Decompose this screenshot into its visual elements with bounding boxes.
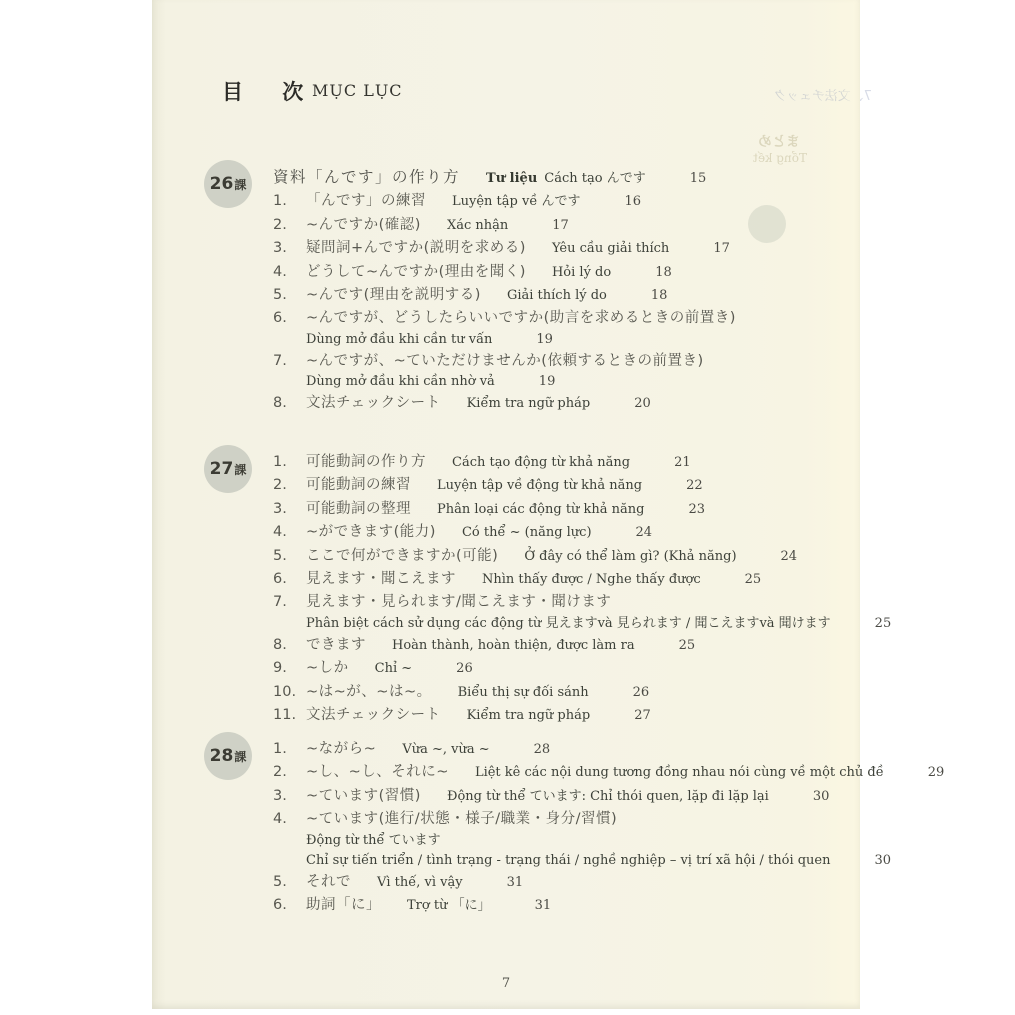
item-page-number: 19	[536, 330, 553, 350]
toc-item: 3.~ています(習慣)Động từ thể ています: Chỉ thói qu…	[273, 785, 860, 808]
toc-item: 6.助詞「に」Trợ từ 「に」31	[273, 894, 860, 917]
toc-item: 5.~んです(理由を説明する)Giải thích lý do18	[273, 284, 860, 307]
lesson-suffix: 課	[234, 461, 246, 478]
item-title-vietnamese: Phân loại các động từ khả năng	[437, 499, 645, 521]
item-page-number: 15	[690, 168, 707, 190]
item-page-number: 31	[507, 872, 524, 894]
scanned-book-page: 目 次 MỤC LỤC 7、文法チェック まとめ Tổng kết 26 課 資…	[152, 0, 860, 1009]
screenshot-root: { "header": { "title_jp": "目 次", "title_…	[0, 0, 1015, 1015]
item-number: 4.	[273, 261, 306, 283]
lesson-badge: 28 課	[204, 732, 252, 780]
item-number: 5.	[273, 545, 306, 567]
item-page-number: 23	[689, 499, 706, 521]
toc-item: 7.見えます・見られます/聞こえます・聞けます	[273, 591, 860, 613]
toc-item: 2.可能動詞の練習Luyện tập về động từ khả năng22	[273, 474, 860, 497]
toc-item: 資料「んです」の作り方Tư liệuCách tạo んです15	[273, 166, 860, 190]
item-number: 6.	[273, 307, 306, 329]
item-page-number: 17	[552, 215, 569, 237]
item-title-vietnamese: Trợ từ 「に」	[407, 895, 491, 917]
item-title-vietnamese: Kiểm tra ngữ pháp	[467, 705, 591, 727]
subline-vietnamese: Động từ thể ています	[306, 831, 441, 851]
item-page-number: 22	[686, 475, 703, 497]
item-number: 4.	[273, 521, 306, 543]
item-title-vietnamese: Luyện tập về động từ khả năng	[437, 475, 642, 497]
item-title-vietnamese: Giải thích lý do	[507, 285, 607, 307]
item-number: 1.	[273, 451, 306, 473]
item-title-vietnamese: Cách tạo んです	[544, 168, 645, 190]
item-page-number: 30	[813, 786, 830, 808]
item-title-vietnamese: Cách tạo động từ khả năng	[452, 452, 630, 474]
toc-item: 1.~ながら~Vừa ~, vừa ~28	[273, 738, 860, 761]
item-title-japanese: 可能動詞の作り方	[306, 451, 426, 473]
item-number: 10.	[273, 681, 306, 703]
page-title-japanese: 目 次	[222, 76, 319, 106]
bleed-through-text: まとめ	[740, 131, 800, 151]
toc-item: 3.可能動詞の整理Phân loại các động từ khả năng2…	[273, 498, 860, 521]
item-title-japanese: ~んですか(確認)	[306, 214, 421, 236]
item-page-number: 25	[745, 569, 762, 591]
item-title-japanese: ~んですが、どうしたらいいですか(助言を求めるときの前置き)	[306, 307, 736, 329]
item-title-japanese: ~ながら~	[306, 738, 376, 760]
item-number: 7.	[273, 591, 306, 613]
item-title-vietnamese: Ở đây có thể làm gì? (Khả năng)	[524, 546, 736, 568]
toc-item-subline: Phân biệt cách sử dụng các động từ 見えますv…	[273, 614, 860, 634]
item-title-japanese: 文法チェックシート	[306, 704, 441, 726]
item-title-japanese: ~しか	[306, 657, 349, 679]
item-number: 3.	[273, 237, 306, 259]
subline-vietnamese: Dùng mở đầu khi cần tư vấn	[306, 330, 492, 350]
toc-item: 8.文法チェックシートKiểm tra ngữ pháp20	[273, 392, 860, 415]
item-title-japanese: 資料「んです」の作り方	[273, 166, 460, 188]
lesson-27-section: 27 課 1.可能動詞の作り方Cách tạo động từ khả năng…	[152, 445, 860, 727]
item-page-number: 18	[655, 262, 672, 284]
lesson-number: 28	[210, 746, 234, 766]
item-title-japanese: ここで何ができますか(可能)	[306, 545, 498, 567]
item-page-number: 28	[534, 739, 551, 761]
toc-item: 1.「んです」の練習Luyện tập về んです16	[273, 190, 860, 213]
item-page-number: 30	[875, 851, 892, 871]
item-title-vietnamese: Có thể ~ (năng lực)	[462, 522, 592, 544]
toc-item: 5.ここで何ができますか(可能)Ở đây có thể làm gì? (Kh…	[273, 545, 860, 568]
lesson-number: 27	[210, 459, 234, 479]
toc-item: 4.どうして~んですか(理由を聞く)Hỏi lý do18	[273, 261, 860, 284]
item-number: 9.	[273, 657, 306, 679]
item-title-japanese: それで	[306, 871, 351, 893]
toc-item: 2.~し、~し、それに~Liệt kê các nội dung tương đ…	[273, 761, 860, 784]
item-title-vietnamese: Kiểm tra ngữ pháp	[467, 393, 591, 415]
item-number: 2.	[273, 214, 306, 236]
item-page-number: 29	[928, 762, 945, 784]
item-page-number: 21	[674, 452, 691, 474]
item-page-number: 16	[624, 191, 641, 213]
toc-item: 6.見えます・聞こえますNhìn thấy được / Nghe thấy đ…	[273, 568, 860, 591]
toc-item: 10.~は~が、~は~。Biểu thị sự đối sánh26	[273, 681, 860, 704]
item-number: 7.	[273, 350, 306, 372]
item-title-japanese: ~ができます(能力)	[306, 521, 436, 543]
lesson-badge: 27 課	[204, 445, 252, 493]
lesson-suffix: 課	[234, 176, 246, 193]
item-title-japanese: 可能動詞の練習	[306, 474, 411, 496]
item-title-vietnamese: Luyện tập về んです	[452, 191, 580, 213]
item-page-number: 17	[713, 238, 730, 260]
item-title-vietnamese: Yêu cầu giải thích	[552, 238, 669, 260]
toc-item: 11.文法チェックシートKiểm tra ngữ pháp27	[273, 704, 860, 727]
item-number: 6.	[273, 894, 306, 916]
item-number: 1.	[273, 190, 306, 212]
item-page-number: 31	[535, 895, 552, 917]
toc-item: 4.~ています(進行/状態・様子/職業・身分/習慣)	[273, 808, 860, 830]
item-title-japanese: 疑問詞+んですか(説明を求める)	[306, 237, 526, 259]
lesson-badge: 26 課	[204, 160, 252, 208]
item-title-japanese: 文法チェックシート	[306, 392, 441, 414]
toc-item-subline: Dùng mở đầu khi cần tư vấn19	[273, 330, 860, 350]
item-label-bold: Tư liệu	[486, 168, 537, 190]
item-number: 5.	[273, 871, 306, 893]
item-page-number: 18	[651, 285, 668, 307]
item-number: 5.	[273, 284, 306, 306]
page-number: 7	[152, 976, 860, 991]
item-number: 3.	[273, 498, 306, 520]
item-title-vietnamese: Vì thế, vì vậy	[377, 872, 463, 894]
item-page-number: 25	[679, 635, 696, 657]
item-title-vietnamese: Vừa ~, vừa ~	[402, 739, 489, 761]
item-page-number: 19	[539, 372, 556, 392]
item-title-vietnamese: Xác nhận	[447, 215, 508, 237]
item-title-japanese: 「んです」の練習	[306, 190, 426, 212]
toc-item: 3.疑問詞+んですか(説明を求める)Yêu cầu giải thích17	[273, 237, 860, 260]
item-number: 3.	[273, 785, 306, 807]
toc-item: 1.可能動詞の作り方Cách tạo động từ khả năng21	[273, 451, 860, 474]
item-title-japanese: ~んです(理由を説明する)	[306, 284, 481, 306]
toc-item: 7.~んですが、~ていただけませんか(依頼するときの前置き)	[273, 350, 860, 372]
toc-item: 5.それでVì thế, vì vậy31	[273, 871, 860, 894]
toc-item: 8.できますHoàn thành, hoàn thiện, được làm r…	[273, 634, 860, 657]
toc-item: 2.~んですか(確認)Xác nhận17	[273, 214, 860, 237]
item-title-vietnamese: Liệt kê các nội dung tương đồng nhau nói…	[475, 762, 884, 784]
item-title-japanese: 助詞「に」	[306, 894, 381, 916]
item-number: 8.	[273, 392, 306, 414]
item-title-vietnamese: Biểu thị sự đối sánh	[458, 682, 589, 704]
page-title-vietnamese: MỤC LỤC	[312, 81, 403, 100]
lesson-26-section: 26 課 資料「んです」の作り方Tư liệuCách tạo んです151.「…	[152, 160, 860, 416]
item-title-vietnamese: Hỏi lý do	[552, 262, 611, 284]
item-title-japanese: ~ています(習慣)	[306, 785, 421, 807]
item-number: 4.	[273, 808, 306, 830]
item-page-number: 24	[636, 522, 653, 544]
toc-item: 4.~ができます(能力)Có thể ~ (năng lực)24	[273, 521, 860, 544]
item-title-japanese: 可能動詞の整理	[306, 498, 411, 520]
lesson-27-items: 1.可能動詞の作り方Cách tạo động từ khả năng212.可…	[273, 445, 860, 727]
item-page-number: 27	[634, 705, 651, 727]
item-title-japanese: 見えます・聞こえます	[306, 568, 456, 590]
item-title-vietnamese: Nhìn thấy được / Nghe thấy được	[482, 569, 701, 591]
lesson-number: 26	[210, 174, 234, 194]
lesson-28-section: 28 課 1.~ながら~Vừa ~, vừa ~282.~し、~し、それに~Li…	[152, 732, 860, 917]
item-number: 2.	[273, 474, 306, 496]
item-page-number: 26	[633, 682, 650, 704]
item-title-vietnamese: Động từ thể ています: Chỉ thói quen, lặp đi …	[447, 786, 769, 808]
subline-vietnamese: Phân biệt cách sử dụng các động từ 見えますv…	[306, 614, 831, 634]
bleed-through-text: 7、文法チェック	[752, 85, 872, 104]
item-title-japanese: ~し、~し、それに~	[306, 761, 449, 783]
toc-item: 6.~んですが、どうしたらいいですか(助言を求めるときの前置き)	[273, 307, 860, 329]
item-title-japanese: ~ています(進行/状態・様子/職業・身分/習慣)	[306, 808, 617, 830]
item-title-japanese: どうして~んですか(理由を聞く)	[306, 261, 526, 283]
item-page-number: 25	[875, 614, 892, 634]
item-number: 2.	[273, 761, 306, 783]
item-page-number: 26	[456, 658, 473, 680]
lesson-28-items: 1.~ながら~Vừa ~, vừa ~282.~し、~し、それに~Liệt kê…	[273, 732, 860, 917]
item-title-japanese: 見えます・見られます/聞こえます・聞けます	[306, 591, 611, 613]
item-title-vietnamese: Chỉ ~	[375, 658, 413, 680]
item-title-japanese: ~んですが、~ていただけませんか(依頼するときの前置き)	[306, 350, 704, 372]
item-number: 6.	[273, 568, 306, 590]
toc-item: 9.~しかChỉ ~26	[273, 657, 860, 680]
toc-item-subline: Chỉ sự tiến triển / tình trạng - trạng t…	[273, 851, 860, 871]
item-title-japanese: できます	[306, 634, 366, 656]
toc-item-subline: Động từ thể ています	[273, 831, 860, 851]
item-page-number: 20	[634, 393, 651, 415]
item-number: 11.	[273, 704, 306, 726]
lesson-26-items: 資料「んです」の作り方Tư liệuCách tạo んです151.「んです」の…	[273, 160, 860, 416]
subline-vietnamese: Chỉ sự tiến triển / tình trạng - trạng t…	[306, 851, 831, 871]
item-title-vietnamese: Hoàn thành, hoàn thiện, được làm ra	[392, 635, 635, 657]
lesson-suffix: 課	[234, 748, 246, 765]
item-page-number: 24	[781, 546, 798, 568]
toc-item-subline: Dùng mở đầu khi cần nhờ vả19	[273, 372, 860, 392]
subline-vietnamese: Dùng mở đầu khi cần nhờ vả	[306, 372, 495, 392]
item-number: 8.	[273, 634, 306, 656]
item-number: 1.	[273, 738, 306, 760]
item-title-japanese: ~は~が、~は~。	[306, 681, 432, 703]
